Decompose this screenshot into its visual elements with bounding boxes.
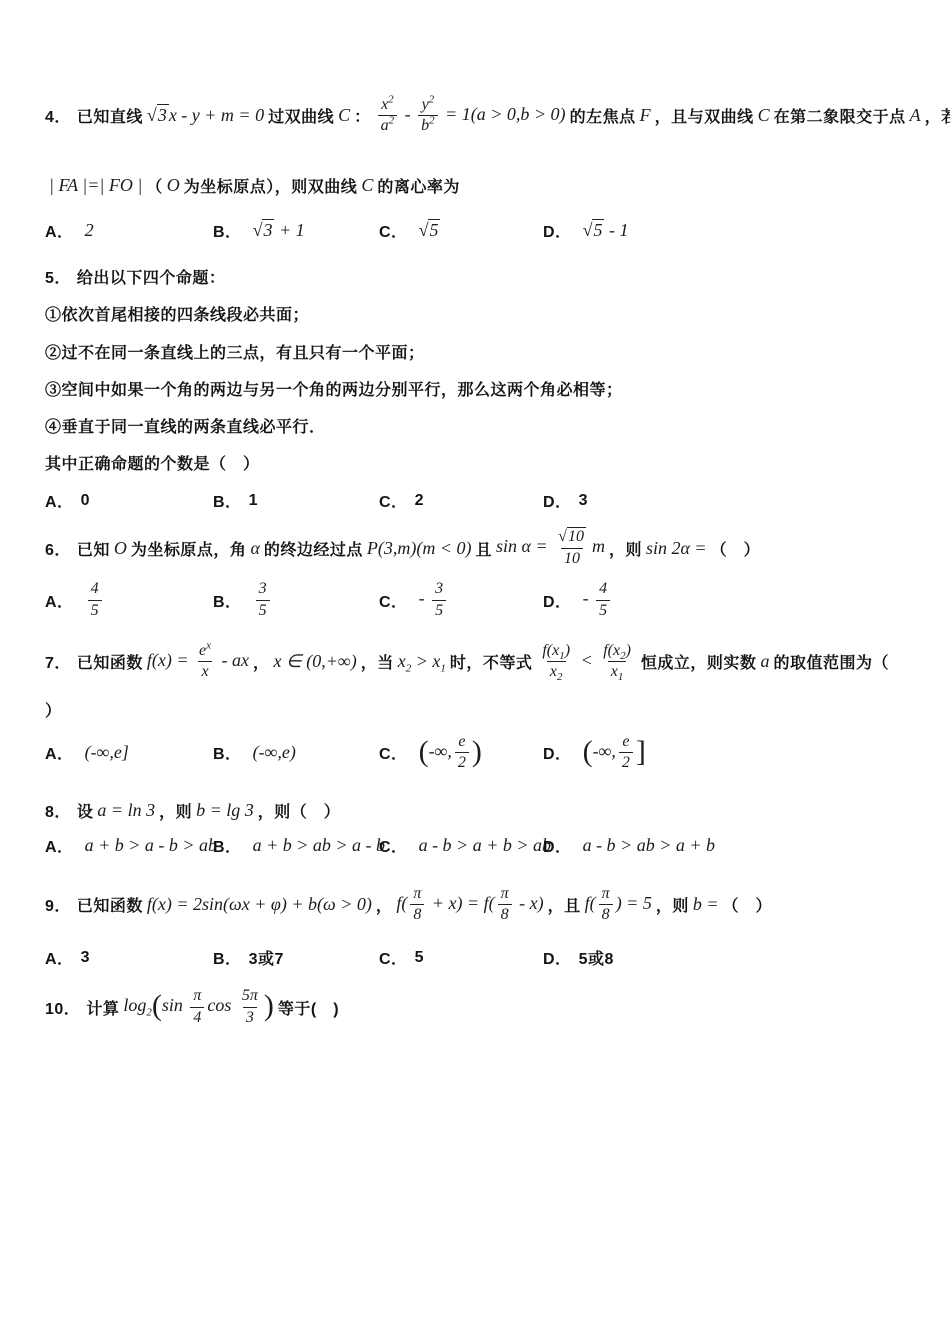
- option-label: B．: [213, 834, 242, 857]
- option-value: - 45: [583, 580, 614, 620]
- option-value: (-∞,e2]: [583, 733, 646, 773]
- option-value: √3 + 1: [253, 220, 305, 241]
- math-run: f(x) = exx - ax: [147, 642, 249, 682]
- option-label: D．: [543, 946, 572, 969]
- text-run: ，: [376, 893, 393, 916]
- text-run: （ ）: [711, 537, 761, 560]
- question-4-options: A．2 B．√3 + 1 C．√5 D．√5 - 1: [45, 219, 905, 242]
- question-7: 7．已知函数f(x) = exx - ax，x ∈ (0,+∞)，当x2 > x…: [45, 642, 905, 773]
- text-run: ：: [354, 104, 371, 127]
- math-run: O: [167, 175, 180, 196]
- question-9: 9．已知函数f(x) = 2sin(ωx + φ) + b(ω > 0)，f(π…: [45, 885, 905, 970]
- text-run: ，则（ ）: [258, 799, 341, 822]
- question-4-option-a: A．2: [45, 219, 213, 242]
- question-7-options: A．(-∞,e] B．(-∞,e) C．(-∞,e2) D．(-∞,e2]: [45, 733, 905, 773]
- option-value: 5: [415, 949, 424, 967]
- question-6-option-d: D．- 45: [543, 580, 905, 620]
- question-8-options: A．a + b > a - b > ab B．a + b > ab > a - …: [45, 834, 905, 857]
- question-7-line-2: ）: [45, 698, 905, 721]
- math-run: a = ln 3: [97, 800, 155, 821]
- question-7-stem-2: ）: [45, 700, 62, 717]
- math-run: C: [361, 175, 373, 196]
- option-value: 45: [85, 580, 105, 620]
- math-run: A: [910, 105, 921, 126]
- text-run: 的离心率为: [377, 174, 460, 197]
- math-run: x2 > x1: [398, 651, 446, 672]
- option-value: 1: [249, 492, 258, 510]
- option-label: C．: [379, 741, 408, 764]
- option-label: C．: [379, 489, 408, 512]
- text-run: 时，不等式: [450, 650, 533, 673]
- option-value: 2: [85, 220, 94, 241]
- text-run: 的取值范围为（: [773, 650, 889, 673]
- question-9-line-1: 9．已知函数f(x) = 2sin(ωx + φ) + b(ω > 0)，f(π…: [45, 885, 905, 925]
- option-label: D．: [543, 834, 572, 857]
- option-value: (-∞,e2): [419, 733, 482, 773]
- question-7-option-a: A．(-∞,e]: [45, 741, 213, 764]
- question-8-option-b: B．a + b > ab > a - b: [213, 834, 379, 857]
- question-7-line-1: 7．已知函数f(x) = exx - ax，x ∈ (0,+∞)，当x2 > x…: [45, 642, 905, 682]
- option-label: A．: [45, 589, 74, 612]
- question-5-tail: 其中正确命题的个数是（ ）: [45, 446, 260, 483]
- option-value: a + b > ab > a - b: [253, 835, 385, 856]
- question-10: 10．计算log2(sin π4cos 5π3)等于( ): [45, 987, 905, 1027]
- option-value: (-∞,e): [253, 742, 296, 763]
- question-4-stem-2: | FA |=| FO |（O为坐标原点），则双曲线C的离心率为: [45, 177, 460, 194]
- question-5-option-a: A．0: [45, 489, 213, 512]
- text-run: 计算: [86, 996, 119, 1019]
- question-4-option-c: C．√5: [379, 219, 543, 242]
- question-6-number: 6．: [45, 537, 71, 560]
- question-8: 8．设a = ln 3，则b = lg 3，则（ ） A．a + b > a -…: [45, 799, 905, 857]
- text-run: 且: [476, 537, 493, 560]
- question-7-stem: 已知函数f(x) = exx - ax，x ∈ (0,+∞)，当x2 > x1时…: [77, 653, 889, 670]
- question-6-option-b: B．35: [213, 580, 379, 620]
- option-label: C．: [379, 834, 408, 857]
- question-8-option-a: A．a + b > a - b > ab: [45, 834, 213, 857]
- question-8-number: 8．: [45, 799, 71, 822]
- option-label: D．: [543, 589, 572, 612]
- option-value: 3: [81, 949, 90, 967]
- option-value: a - b > a + b > ab: [419, 835, 551, 856]
- text-run: 已知直线: [77, 104, 143, 127]
- question-8-line-1: 8．设a = ln 3，则b = lg 3，则（ ）: [45, 799, 905, 822]
- question-9-stem: 已知函数f(x) = 2sin(ωx + φ) + b(ω > 0)，f(π8 …: [77, 896, 772, 913]
- text-run: 恒成立，则实数: [641, 650, 757, 673]
- math-run: x2a2 - y2b2 = 1(a > 0,b > 0): [375, 96, 566, 136]
- question-4-option-b: B．√3 + 1: [213, 219, 379, 242]
- question-9-option-a: A．3: [45, 946, 213, 969]
- option-label: D．: [543, 219, 572, 242]
- question-8-option-d: D．a - b > ab > a + b: [543, 834, 905, 857]
- option-value: a - b > ab > a + b: [583, 835, 715, 856]
- text-run: 设: [77, 799, 94, 822]
- math-run: f(x1)x2 < f(x2)x1: [536, 642, 637, 682]
- text-run: ，若: [925, 104, 950, 127]
- text-run: ，则: [656, 893, 689, 916]
- text-run: 为坐标原点，角: [131, 537, 247, 560]
- question-4-number: 4．: [45, 104, 71, 127]
- option-label: A．: [45, 834, 74, 857]
- math-run: a: [760, 651, 769, 672]
- option-value: 3或7: [249, 946, 284, 969]
- option-value: √5 - 1: [583, 220, 629, 241]
- math-run: b =: [693, 894, 719, 915]
- question-7-option-d: D．(-∞,e2]: [543, 733, 905, 773]
- question-5: 5．给出以下四个命题： ①依次首尾相接的四条线段必共面； ②过不在同一条直线上的…: [45, 260, 905, 513]
- question-4-option-d: D．√5 - 1: [543, 219, 905, 242]
- option-label: C．: [379, 946, 408, 969]
- question-9-option-d: D．5或8: [543, 946, 905, 969]
- text-run: 的左焦点: [570, 104, 636, 127]
- text-run: ，则: [159, 799, 192, 822]
- question-5-option-d: D．3: [543, 489, 905, 512]
- option-label: B．: [213, 946, 242, 969]
- option-label: C．: [379, 589, 408, 612]
- text-run: ，当: [361, 650, 394, 673]
- math-run: sin α = √1010m: [496, 528, 605, 568]
- question-6-option-c: C．- 35: [379, 580, 543, 620]
- question-4-line-2: | FA |=| FO |（O为坐标原点），则双曲线C的离心率为: [45, 174, 905, 197]
- math-run: sin 2α =: [646, 538, 707, 559]
- math-run: C: [338, 105, 350, 126]
- question-7-number: 7．: [45, 650, 71, 673]
- math-run: b = lg 3: [196, 800, 254, 821]
- math-run: x ∈ (0,+∞): [274, 651, 357, 672]
- question-5-item-2: ②过不在同一条直线上的三点，有且只有一个平面；: [45, 335, 425, 372]
- text-run: 已知: [77, 537, 110, 560]
- question-7-option-c: C．(-∞,e2): [379, 733, 543, 773]
- math-run: α: [250, 538, 259, 559]
- text-run: 为坐标原点），则双曲线: [184, 174, 358, 197]
- text-run: （ ）: [723, 893, 773, 916]
- text-run: 过双曲线: [268, 104, 334, 127]
- question-5-option-c: C．2: [379, 489, 543, 512]
- option-value: √5: [419, 220, 441, 241]
- text-run: ，则: [609, 537, 642, 560]
- option-value: 0: [81, 492, 90, 510]
- text-run: （: [146, 174, 163, 197]
- question-6-stem: 已知O为坐标原点，角α的终边经过点P(3,m)(m < 0)且sin α = √…: [77, 540, 760, 557]
- math-run: f(π8) = 5: [585, 885, 652, 925]
- question-4-line-1: 4．已知直线√3x - y + m = 0过双曲线C：x2a2 - y2b2 =…: [45, 96, 905, 136]
- question-5-item-4: ④垂直于同一直线的两条直线必平行．: [45, 409, 326, 446]
- question-10-number: 10．: [45, 996, 80, 1019]
- math-run: C: [758, 105, 770, 126]
- option-label: B．: [213, 589, 242, 612]
- math-run: f(π8 + x) = f(π8 - x): [396, 885, 543, 925]
- exam-document: 4．已知直线√3x - y + m = 0过双曲线C：x2a2 - y2b2 =…: [0, 0, 950, 1027]
- option-label: B．: [213, 741, 242, 764]
- text-run: 的终边经过点: [264, 537, 363, 560]
- option-value: 5或8: [579, 946, 614, 969]
- option-value: (-∞,e]: [85, 742, 129, 763]
- question-9-options: A．3 B．3或7 C．5 D．5或8: [45, 946, 905, 969]
- question-4-stem: 已知直线√3x - y + m = 0过双曲线C：x2a2 - y2b2 = 1…: [77, 107, 950, 124]
- question-4: 4．已知直线√3x - y + m = 0过双曲线C：x2a2 - y2b2 =…: [45, 96, 905, 242]
- option-label: D．: [543, 489, 572, 512]
- question-5-item-3: ③空间中如果一个角的两边与另一个角的两边分别平行，那么这两个角必相等；: [45, 372, 623, 409]
- text-run: 在第二象限交于点: [774, 104, 906, 127]
- option-value: 3: [579, 492, 588, 510]
- question-5-options: A．0 B．1 C．2 D．3: [45, 489, 905, 512]
- question-5-option-b: B．1: [213, 489, 379, 512]
- option-label: A．: [45, 741, 74, 764]
- text-run: 已知函数: [77, 893, 143, 916]
- question-9-number: 9．: [45, 893, 71, 916]
- option-label: A．: [45, 946, 74, 969]
- question-10-line-1: 10．计算log2(sin π4cos 5π3)等于( ): [45, 987, 905, 1027]
- question-5-number: 5．: [45, 260, 71, 297]
- question-6-option-a: A．45: [45, 580, 213, 620]
- option-label: A．: [45, 489, 74, 512]
- question-6-line-1: 6．已知O为坐标原点，角α的终边经过点P(3,m)(m < 0)且sin α =…: [45, 528, 905, 568]
- text-run: ，: [253, 650, 270, 673]
- question-6-options: A．45 B．35 C．- 35 D．- 45: [45, 580, 905, 620]
- question-10-stem: 计算log2(sin π4cos 5π3)等于( ): [86, 998, 339, 1015]
- text-run: ）: [45, 698, 62, 721]
- option-label: A．: [45, 219, 74, 242]
- text-run: ，且与双曲线: [655, 104, 754, 127]
- question-9-option-c: C．5: [379, 946, 543, 969]
- option-label: B．: [213, 219, 242, 242]
- question-7-option-b: B．(-∞,e): [213, 741, 379, 764]
- math-run: √3x - y + m = 0: [147, 105, 264, 126]
- question-8-stem: 设a = ln 3，则b = lg 3，则（ ）: [77, 801, 340, 818]
- math-run: | FA |=| FO |: [49, 175, 142, 196]
- math-run: log2(sin π4cos 5π3): [123, 987, 274, 1027]
- option-value: 35: [253, 580, 273, 620]
- option-value: 2: [415, 492, 424, 510]
- text-run: 等于( ): [278, 996, 339, 1019]
- question-5-stem: 5．给出以下四个命题：: [45, 260, 905, 297]
- question-8-option-c: C．a - b > a + b > ab: [379, 834, 543, 857]
- option-label: D．: [543, 741, 572, 764]
- option-label: B．: [213, 489, 242, 512]
- option-label: C．: [379, 219, 408, 242]
- question-5-stem-text: 给出以下四个命题：: [77, 260, 226, 297]
- math-run: O: [114, 538, 127, 559]
- math-run: F: [640, 105, 651, 126]
- question-5-item-1: ①依次首尾相接的四条线段必共面；: [45, 297, 309, 334]
- option-value: a + b > a - b > ab: [85, 835, 217, 856]
- option-value: - 35: [419, 580, 450, 620]
- text-run: 已知函数: [77, 650, 143, 673]
- question-6: 6．已知O为坐标原点，角α的终边经过点P(3,m)(m < 0)且sin α =…: [45, 528, 905, 620]
- math-run: f(x) = 2sin(ωx + φ) + b(ω > 0): [147, 894, 372, 915]
- question-9-option-b: B．3或7: [213, 946, 379, 969]
- text-run: ，且: [548, 893, 581, 916]
- math-run: P(3,m)(m < 0): [367, 538, 472, 559]
